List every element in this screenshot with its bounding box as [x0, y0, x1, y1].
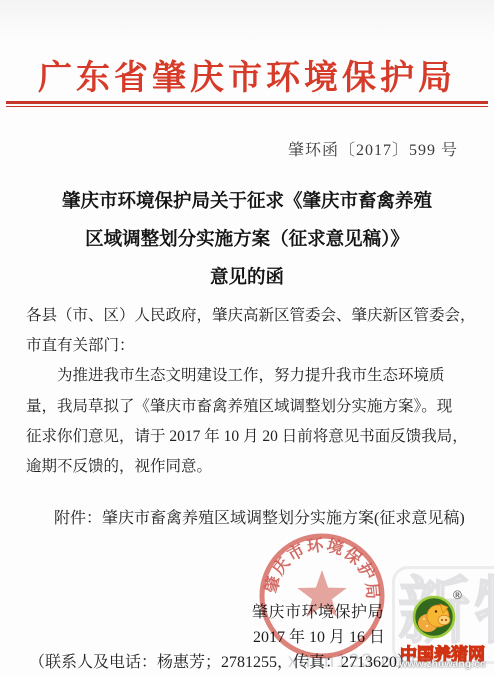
letterhead-divider-thick — [6, 101, 488, 104]
site-logo-url: www.zhuwang.cc — [391, 658, 494, 670]
seal-graphic: 肇庆市环境保护局 — [256, 529, 388, 665]
title-line-3: 意见的函 — [0, 259, 494, 297]
registered-trademark-icon: ® — [453, 588, 462, 602]
body-line-4: 量，我局草拟了《肇庆市畜禽养殖区域调整划分实施方案》。现 — [26, 392, 478, 422]
title-line-2: 区域调整划分实施方案（征求意见稿）》 — [0, 221, 494, 259]
body-line-2: 市直有关部门： — [26, 331, 478, 361]
attachment-line: 附件：肇庆市畜禽养殖区域调整划分实施方案(征求意见稿) — [54, 505, 465, 528]
letterhead-divider-thin — [6, 106, 488, 107]
body-line-1: 各县（市、区）人民政府，肇庆高新区管委会、肇庆新区管委会， — [26, 301, 478, 331]
document-page: 广东省肇庆市环境保护局 肇环函〔2017〕599 号 肇庆市环境保护局关于征求《… — [0, 0, 494, 675]
letterhead-title: 广东省肇庆市环境保护局 — [0, 50, 494, 99]
body-line-5: 征求你们意见，请于 2017 年 10 月 20 日前将意见书面反馈我局， — [26, 422, 478, 452]
body-line-6: 逾期不反馈的，视作同意。 — [26, 452, 478, 482]
document-title: 肇庆市环境保护局关于征求《肇庆市畜禽养殖 区域调整划分实施方案（征求意见稿）》 … — [0, 183, 494, 297]
title-line-1: 肇庆市环境保护局关于征求《肇庆市畜禽养殖 — [0, 183, 494, 221]
official-seal: 肇庆市环境保护局 — [256, 529, 388, 665]
pig-logo-icon — [412, 595, 456, 639]
body-line-3: 为推进我市生态文明建设工作，努力提升我市生态环境质 — [26, 361, 478, 391]
seal-star-icon — [297, 570, 346, 617]
document-number: 肇环函〔2017〕599 号 — [288, 137, 458, 160]
body-text: 各县（市、区）人民政府，肇庆高新区管委会、肇庆新区管委会， 市直有关部门： 为推… — [26, 301, 478, 482]
zhuwang-site-logo: ® 中国养猪网 www.zhuwang.cc — [391, 586, 494, 675]
